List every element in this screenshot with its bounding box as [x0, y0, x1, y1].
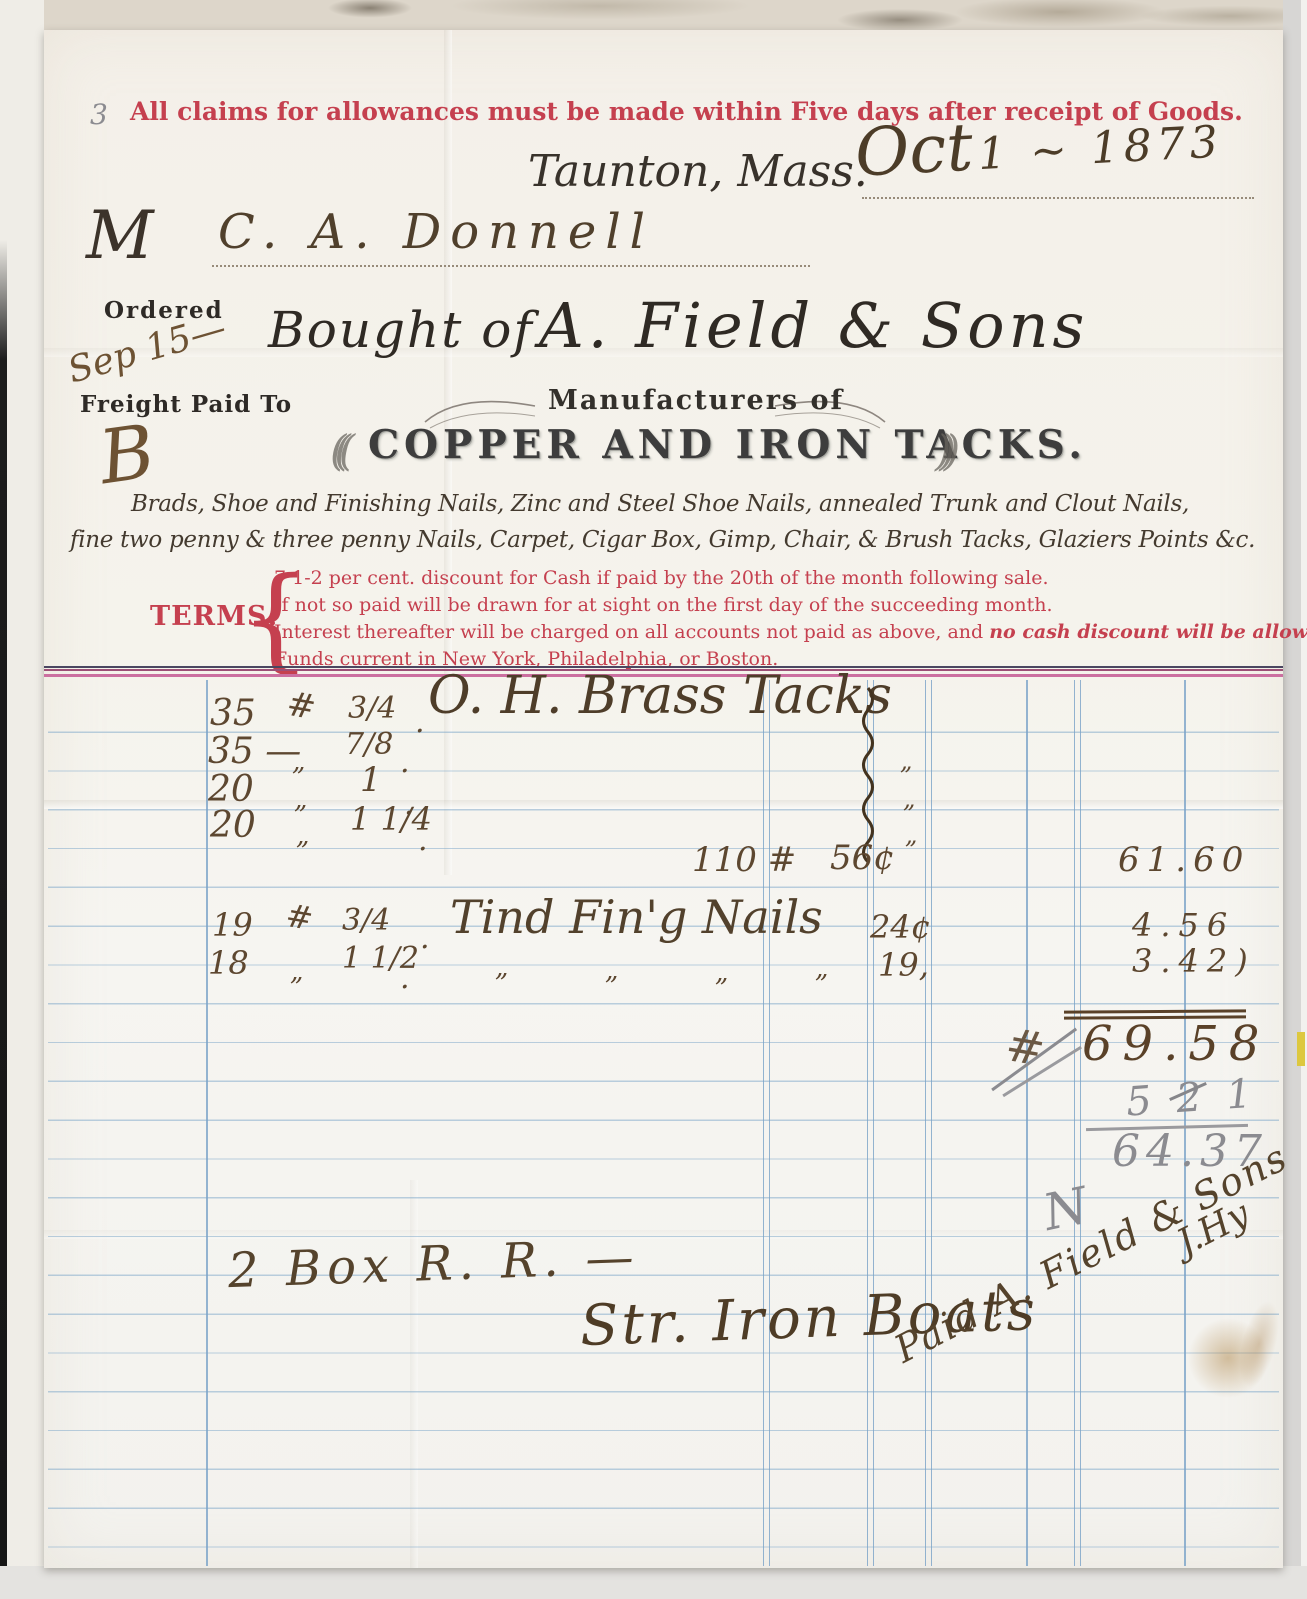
row2-size: 7/8 [345, 728, 393, 761]
terms-line1: 7 1-2 per cent. discount for Cash if pai… [274, 568, 1048, 589]
row3-qty: 20 [208, 770, 254, 810]
row6-amount: 4.56 [1132, 908, 1235, 943]
yellow-tab-artifact [1297, 1032, 1305, 1066]
customer-dotted-line [212, 264, 810, 267]
headline-deco-left: ((( [330, 428, 343, 474]
terms-line3: Interest thereafter will be charged on a… [274, 622, 1307, 643]
date-day-year: 1 ~ 1873 [977, 116, 1224, 180]
row1-dot: . [415, 706, 425, 739]
row4-ditto-right: „ [905, 822, 917, 848]
bought-of-line: Bought of A. Field & Sons [268, 292, 1088, 360]
row6-size: 3/4 [342, 904, 390, 937]
manufacturers-of: Manufacturers of [548, 386, 844, 416]
row1-size: 3/4 [348, 692, 396, 725]
row7-qty: 18 [208, 946, 249, 981]
column-line-1 [763, 680, 770, 1566]
customer-name: C. A. Donnell [218, 206, 654, 259]
row1-description: O. H. Brass Tacks [428, 668, 892, 725]
column-line-3 [925, 680, 932, 1566]
product-headline: COPPER AND IRON TACKS. [368, 424, 1087, 467]
row3-unit: „ [294, 786, 307, 815]
scan-background-right-sliver [1301, 0, 1307, 1599]
pencil-mark-top-left: 3 [90, 100, 108, 131]
row1-qty: 35 [210, 694, 256, 734]
column-line-5 [1074, 680, 1081, 1566]
subtotal-ink: 69.58 [1082, 1018, 1269, 1071]
scanned-billhead-document: 3 All claims for allowances must be made… [0, 0, 1307, 1599]
freight-paraph-flourish: B [95, 412, 160, 500]
row2-ditto-right: „ [900, 748, 912, 774]
column-line-margin [206, 680, 208, 1566]
date-dotted-line [862, 196, 1254, 199]
row7-ditto-1: „ [495, 954, 508, 983]
row7-ditto-4: „ [815, 955, 828, 984]
terms-line3-prefix: Interest thereafter will be charged on a… [274, 621, 989, 643]
row7-price: 19, [878, 948, 929, 983]
row3-ditto-right: „ [903, 786, 915, 812]
row5-price: 56¢ [830, 840, 895, 877]
row6-dot: . [420, 922, 430, 955]
row5-weight: 110 # [692, 842, 796, 879]
row7-unit: „ [290, 958, 303, 987]
row7-ditto-3: „ [715, 959, 728, 988]
row4-dot: . [418, 824, 428, 857]
column-line-6 [1184, 680, 1186, 1566]
date-month: Oct [853, 109, 974, 192]
scan-edge-dark-strip [0, 240, 7, 1599]
row4-qty: 20 [210, 806, 256, 846]
row2-unit: „ [292, 748, 305, 777]
headline-deco-right: ))) [935, 428, 948, 474]
bought-of-label: Bought of [268, 301, 534, 359]
customer-prefix: M [86, 200, 154, 273]
scan-background-bottom [0, 1566, 1307, 1599]
row5-amount: 61.60 [1118, 842, 1250, 879]
product-list-line2: fine two penny & three penny Nails, Carp… [70, 528, 1250, 553]
row3-size: 1 [360, 762, 382, 799]
terms-line3-emphasis: no cash discount will be allowed. [989, 621, 1307, 643]
row6-qty: 19 [212, 908, 253, 943]
row7-amount: 3.42) [1132, 944, 1256, 979]
row6-description: Tind Fin'g Nails [450, 892, 823, 943]
row2-qty: 35 — [208, 732, 301, 772]
row7-ditto-2: „ [605, 957, 618, 986]
row6-price: 24¢ [870, 910, 931, 945]
column-line-4 [1026, 680, 1028, 1566]
place-line: Taunton, Mass. [528, 148, 868, 196]
terms-line2: If not so paid will be drawn for at sigh… [274, 595, 1053, 616]
firm-name: A. Field & Sons [539, 289, 1088, 362]
product-list-line1: Brads, Shoe and Finishing Nails, Zinc an… [70, 492, 1250, 517]
row2-dot: . [400, 746, 410, 779]
pencil-deduction: 5 2 1 [1125, 1071, 1260, 1124]
row4-unit: „ [296, 822, 309, 851]
row7-dot: . [400, 962, 410, 995]
